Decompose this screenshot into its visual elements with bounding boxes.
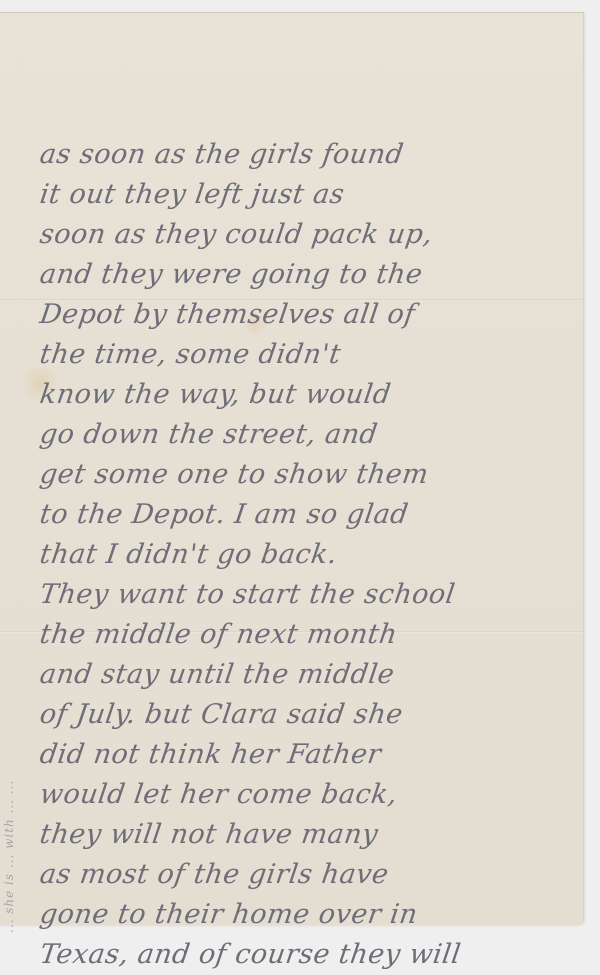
letter-body: as soon as the girls found it out they l… <box>40 135 580 940</box>
handwritten-line: and they were going to the <box>37 255 583 295</box>
handwritten-line: get some one to show them <box>37 455 583 495</box>
handwritten-line: the time, some didn't <box>37 335 583 375</box>
handwritten-line: would let her come back, <box>37 775 583 815</box>
letter-page: ... she is ... with ... ... as soon as t… <box>0 12 584 925</box>
handwritten-line: as soon as the girls found <box>37 135 583 175</box>
handwritten-line: they will not have many <box>37 815 583 855</box>
handwritten-line: did not think her Father <box>37 735 583 775</box>
handwritten-line: Depot by themselves all of <box>37 295 583 335</box>
handwritten-line: and stay until the middle <box>37 655 583 695</box>
handwritten-line: They want to start the school <box>37 575 583 615</box>
handwritten-line: Texas, and of course they will <box>37 935 583 940</box>
handwritten-line: soon as they could pack up, <box>37 215 583 255</box>
handwritten-line: the middle of next month <box>37 615 583 655</box>
handwritten-line: know the way, but would <box>37 375 583 415</box>
handwritten-line: that I didn't go back. <box>37 535 583 575</box>
fold-crease-vertical <box>18 13 19 925</box>
handwritten-line: of July. but Clara said she <box>37 695 583 735</box>
handwritten-line: it out they left just as <box>37 175 583 215</box>
handwritten-line: go down the street, and <box>37 415 583 455</box>
handwritten-line: as most of the girls have <box>37 855 583 895</box>
handwritten-line: to the Depot. I am so glad <box>37 495 583 535</box>
handwritten-line: gone to their home over in <box>37 895 583 935</box>
margin-note-rotated: ... she is ... with ... ... <box>2 513 16 933</box>
